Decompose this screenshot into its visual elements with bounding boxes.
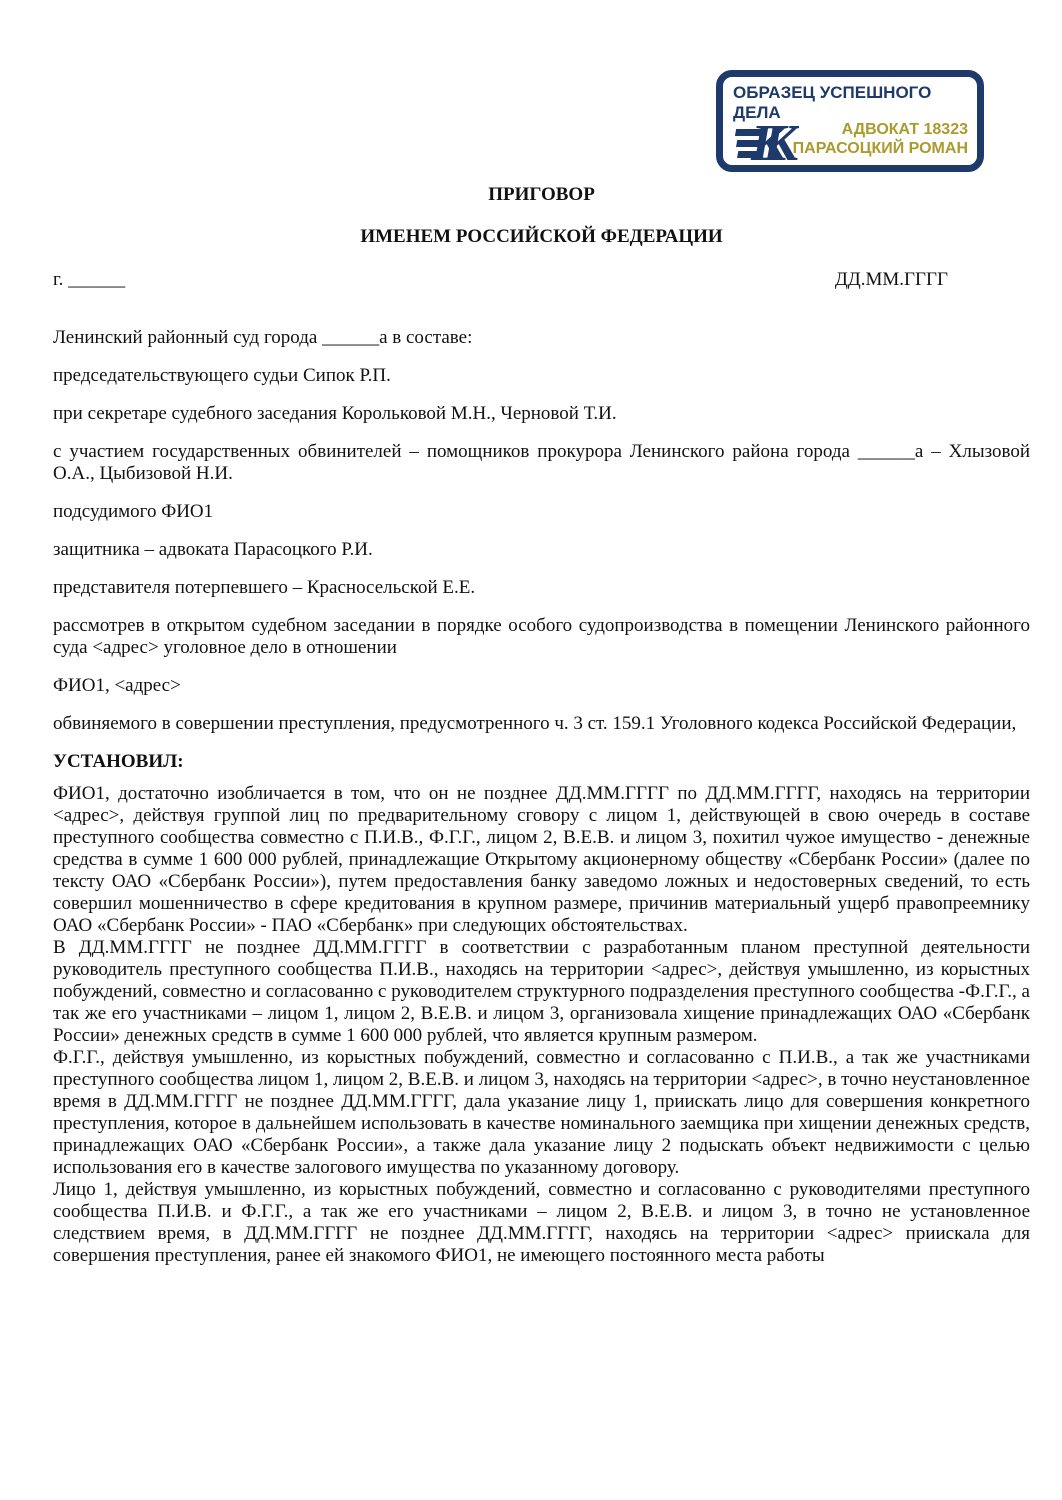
paragraph: с участием государственных обвинителей –… (53, 441, 1030, 485)
facts-paragraphs: ФИО1, достаточно изобличается в том, что… (53, 783, 1030, 1267)
stamp-advocate-number: АДВОКАТ 18323 (793, 120, 968, 139)
paragraph: обвиняемого в совершении преступления, п… (53, 713, 1030, 735)
document-page: ОБРАЗЕЦ УСПЕШНОГО ДЕЛА К К АДВОКАТ 18323… (0, 0, 1062, 1500)
k-monogram-icon: К К (729, 113, 799, 163)
law-firm-stamp: ОБРАЗЕЦ УСПЕШНОГО ДЕЛА К К АДВОКАТ 18323… (716, 70, 984, 172)
document-title: ПРИГОВОР (53, 184, 1030, 206)
paragraph: ФИО1, <адрес> (53, 675, 1030, 697)
stamp-line-1: ОБРАЗЕЦ УСПЕШНОГО (733, 83, 931, 103)
date-placeholder: ДД.ММ.ГГГГ (835, 269, 948, 291)
city-blank: г. ______ (53, 269, 125, 291)
dateline: г. ______ ДД.ММ.ГГГГ (53, 269, 1030, 291)
paragraph: рассмотрев в открытом судебном заседании… (53, 615, 1030, 659)
document-subtitle: ИМЕНЕМ РОССИЙСКОЙ ФЕДЕРАЦИИ (53, 226, 1030, 248)
paragraph: Ленинский районный суд города ______а в … (53, 327, 1030, 349)
paragraph: защитника – адвоката Парасоцкого Р.И. (53, 539, 1030, 561)
paragraph: подсудимого ФИО1 (53, 501, 1030, 523)
verdict-document: ПРИГОВОР ИМЕНЕМ РОССИЙСКОЙ ФЕДЕРАЦИИ г. … (53, 184, 1030, 1267)
paragraph: при секретаре судебного заседания Король… (53, 403, 1030, 425)
section-heading-ustanovil: УСТАНОВИЛ: (53, 751, 1030, 773)
paragraph: Лицо 1, действуя умышленно, из корыстных… (53, 1179, 1030, 1267)
paragraph: представителя потерпевшего – Красносельс… (53, 577, 1030, 599)
paragraph: Ф.Г.Г., действуя умышленно, из корыстных… (53, 1047, 1030, 1179)
stamp-advocate-name: ПАРАСОЦКИЙ РОМАН (793, 139, 968, 158)
paragraph: ФИО1, достаточно изобличается в том, что… (53, 783, 1030, 937)
case-header-paragraphs: Ленинский районный суд города ______а в … (53, 327, 1030, 735)
paragraph: председательствующего судьи Сипок Р.П. (53, 365, 1030, 387)
stamp-advocate-block: АДВОКАТ 18323 ПАРАСОЦКИЙ РОМАН (793, 120, 968, 158)
paragraph: В ДД.ММ.ГГГГ не позднее ДД.ММ.ГГГГ в соо… (53, 937, 1030, 1047)
